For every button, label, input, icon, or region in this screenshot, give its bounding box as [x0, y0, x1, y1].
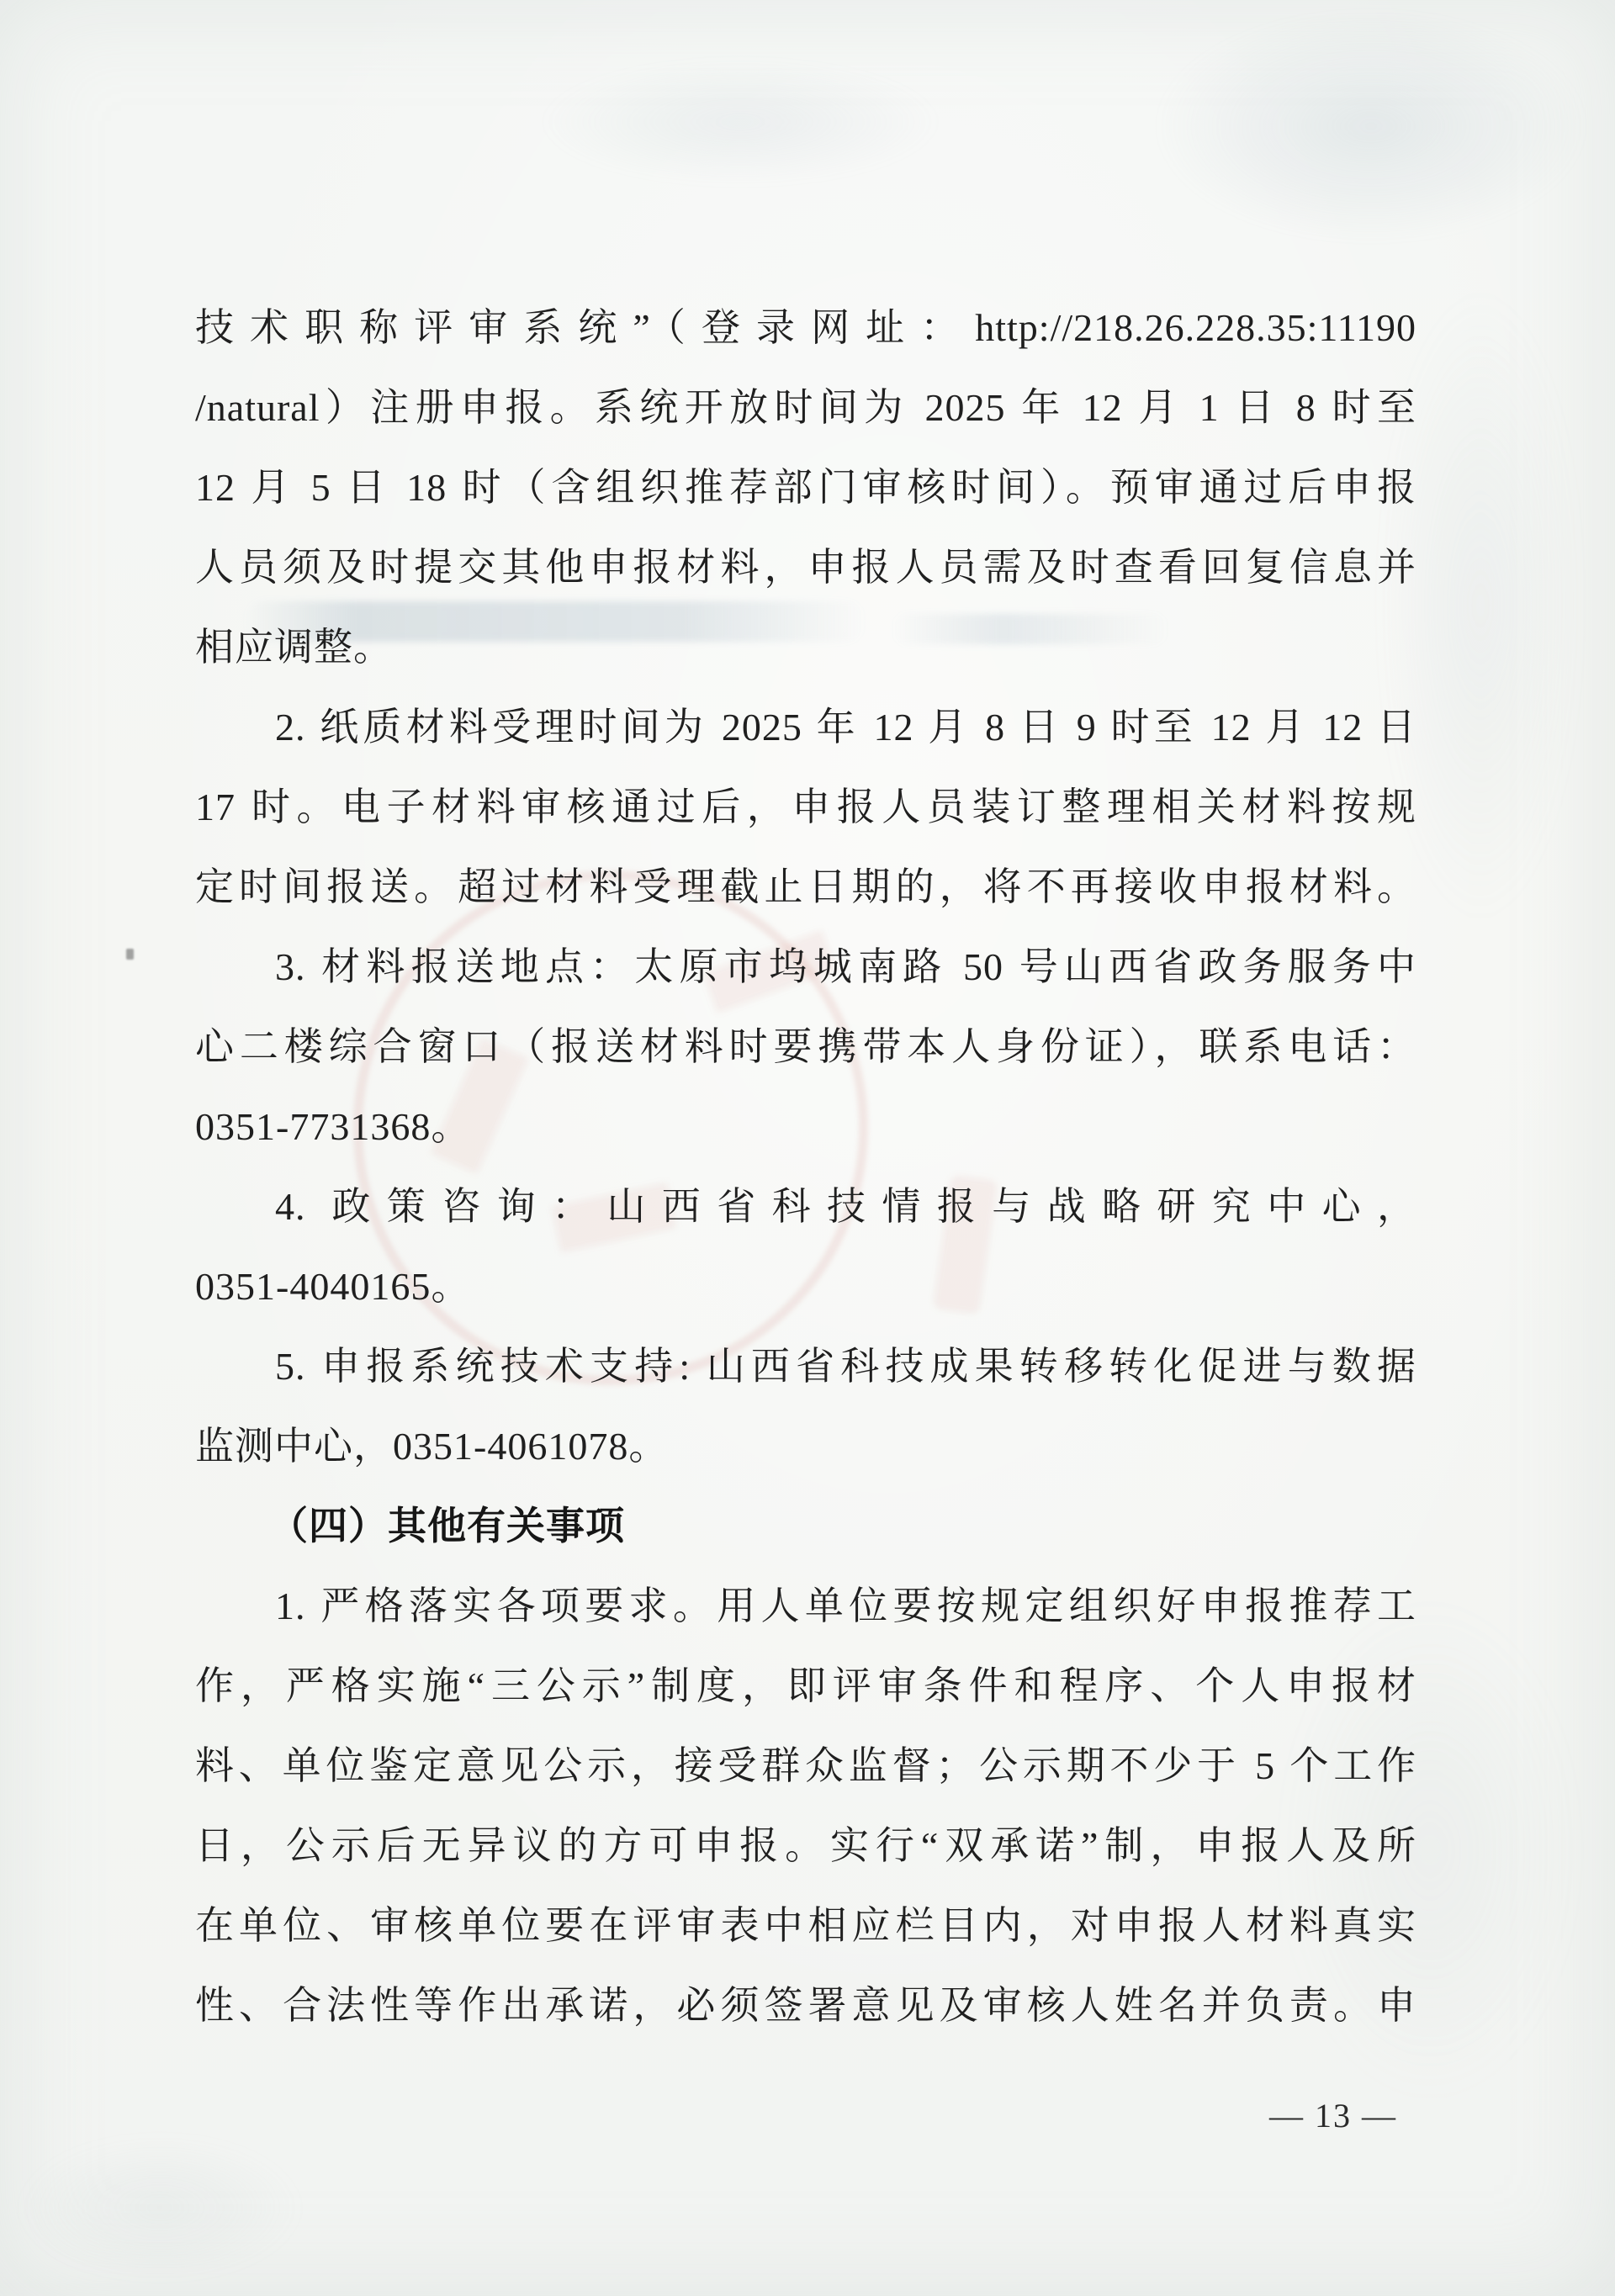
text-line: 1. 严格落实各项要求。用人单位要按规定组织好申报推荐工	[195, 1566, 1416, 1646]
text-line: 0351-4040165。	[195, 1246, 1416, 1326]
text-line: /natural）注册申报。系统开放时间为 2025 年 12 月 1 日 8 …	[195, 368, 1416, 447]
text-line: 相应调整。	[195, 607, 1416, 687]
text-line: 监测中心，0351-4061078。	[195, 1406, 1416, 1486]
text-line: 作，严格实施“三公示”制度，即评审条件和程序、个人申报材	[195, 1646, 1416, 1726]
scan-artifact	[1152, 8, 1590, 244]
text-line: 12 月 5 日 18 时（含组织推荐部门审核时间）。预审通过后申报	[195, 447, 1416, 527]
text-line: 在单位、审核单位要在评审表中相应栏目内，对申报人材料真实	[195, 1886, 1416, 1965]
text-line: 0351-7731368。	[195, 1087, 1416, 1167]
text-line: 性、合法性等作出承诺，必须签署意见及审核人姓名并负责。申	[195, 1965, 1416, 2045]
text-line: 日，公示后无异议的方可申报。实行“双承诺”制，申报人及所	[195, 1806, 1416, 1886]
text-line: 定时间报送。超过材料受理截止日期的，将不再接收申报材料。	[195, 847, 1416, 927]
text-line: 技术职称评审系统”（登录网址：http://218.26.228.35:1119…	[195, 288, 1416, 368]
text-line: 心二楼综合窗口（报送材料时要携带本人身份证），联系电话：	[195, 1007, 1416, 1087]
scanned-document-page: 技术职称评审系统”（登录网址：http://218.26.228.35:1119…	[0, 0, 1615, 2296]
text-line: 5. 申报系统技术支持: 山西省科技成果转移转化促进与数据	[195, 1326, 1416, 1406]
page-number: — 13 —	[1224, 2096, 1443, 2135]
scan-artifact	[538, 59, 942, 185]
text-line: 3. 材料报送地点：太原市坞城南路 50 号山西省政务服务中	[195, 927, 1416, 1007]
text-line: 2. 纸质材料受理时间为 2025 年 12 月 8 日 9 时至 12 月 1…	[195, 687, 1416, 767]
text-line: 料、单位鉴定意见公示，接受群众监督；公示期不少于 5 个工作	[195, 1726, 1416, 1806]
text-line: 4. 政策咨询：山西省科技情报与战略研究中心，	[195, 1167, 1416, 1246]
text-line: 人员须及时提交其他申报材料，申报人员需及时查看回复信息并	[195, 527, 1416, 607]
scan-artifact	[17, 2136, 303, 2279]
text-line: 17 时。电子材料审核通过后，申报人员装订整理相关材料按规	[195, 767, 1416, 847]
section-heading: （四）其他有关事项	[195, 1486, 1416, 1566]
document-body: 技术职称评审系统”（登录网址：http://218.26.228.35:1119…	[195, 288, 1416, 2045]
scan-artifact	[126, 949, 134, 960]
